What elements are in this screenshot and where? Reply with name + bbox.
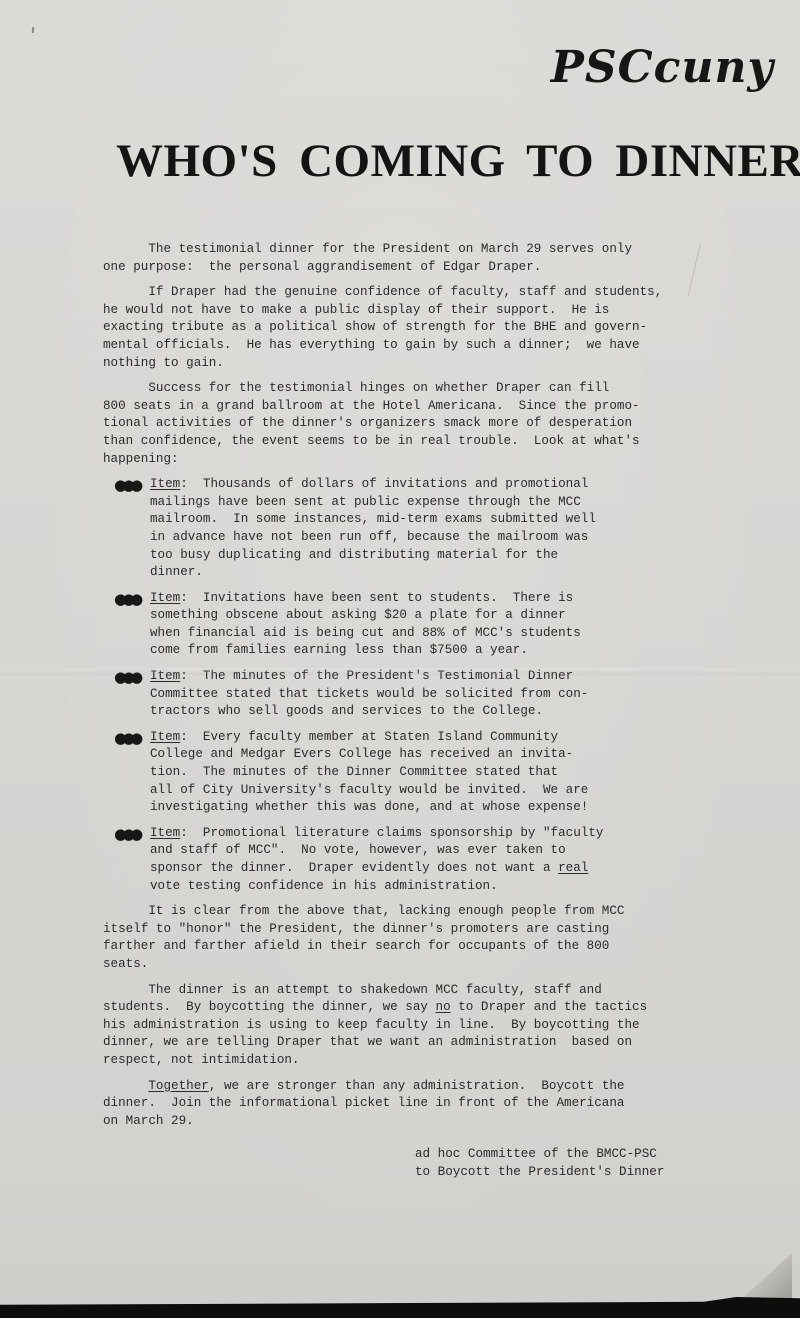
underlined-text: Item (150, 826, 180, 840)
bulleted-item: ●●●Item: Promotional literature claims s… (150, 825, 800, 895)
document-line: than confidence, the event seems to be i… (103, 433, 800, 451)
document-body: The testimonial dinner for the President… (103, 241, 800, 1130)
document-line: Item: Thousands of dollars of invitation… (150, 476, 800, 494)
underlined-text: Item (150, 477, 180, 491)
document-line: seats. (103, 956, 800, 974)
document-line: tional activities of the dinner's organi… (103, 415, 800, 433)
signature-line: ad hoc Committee of the BMCC-PSC (415, 1146, 800, 1164)
paragraph: Together, we are stronger than any admin… (103, 1078, 800, 1131)
flyer-page: PSCcuny WHO'S COMING TO DINNER? The test… (0, 0, 800, 1318)
document-line: Item: Every faculty member at Staten Isl… (150, 729, 800, 747)
underlined-text: Item (150, 591, 180, 605)
document-line: when financial aid is being cut and 88% … (150, 625, 800, 643)
document-line: The testimonial dinner for the President… (103, 241, 800, 259)
document-line: dinner. (150, 564, 800, 582)
scan-edge-shadow (0, 1288, 800, 1318)
document-line: tion. The minutes of the Dinner Committe… (150, 764, 800, 782)
underlined-text: real (558, 861, 588, 875)
paragraph: The dinner is an attempt to shakedown MC… (103, 982, 800, 1070)
document-line: vote testing confidence in his administr… (150, 878, 800, 896)
document-line: Item: Invitations have been sent to stud… (150, 590, 800, 608)
document-line: all of City University's faculty would b… (150, 782, 800, 800)
document-line: itself to "honor" the President, the din… (103, 921, 800, 939)
document-line: on March 29. (103, 1113, 800, 1131)
document-line: nothing to gain. (103, 355, 800, 373)
document-line: Success for the testimonial hinges on wh… (103, 380, 800, 398)
triple-dot-bullet-icon: ●●● (114, 826, 138, 844)
document-line: something obscene about asking $20 a pla… (150, 607, 800, 625)
document-line: College and Medgar Evers College has rec… (150, 746, 800, 764)
paragraph: Success for the testimonial hinges on wh… (103, 380, 800, 468)
underlined-text: Item (150, 730, 180, 744)
document-line: come from families earning less than $75… (150, 642, 800, 660)
document-line: The dinner is an attempt to shakedown MC… (103, 982, 800, 1000)
triple-dot-bullet-icon: ●●● (114, 730, 138, 748)
document-line: Item: Promotional literature claims spon… (150, 825, 800, 843)
document-line: farther and farther afield in their sear… (103, 938, 800, 956)
underlined-text: Together (148, 1079, 208, 1093)
paper-fold-line (0, 668, 800, 675)
signature-line: to Boycott the President's Dinner (415, 1164, 800, 1182)
underlined-text: no (436, 1000, 451, 1014)
document-line: happening: (103, 451, 800, 469)
document-line: his administration is using to keep facu… (103, 1017, 800, 1035)
signature-block: ad hoc Committee of the BMCC-PSCto Boyco… (415, 1146, 800, 1182)
document-line: respect, not intimidation. (103, 1052, 800, 1070)
document-line: and staff of MCC". No vote, however, was… (150, 842, 800, 860)
document-line: mailroom. In some instances, mid-term ex… (150, 511, 800, 529)
document-line: If Draper had the genuine confidence of … (103, 284, 800, 302)
document-line: Together, we are stronger than any admin… (103, 1078, 800, 1096)
document-line: in advance have not been run off, becaus… (150, 529, 800, 547)
triple-dot-bullet-icon: ●●● (114, 591, 138, 609)
headline: WHO'S COMING TO DINNER? (116, 138, 800, 185)
bulleted-item: ●●●Item: The minutes of the President's … (150, 668, 800, 721)
document-line: It is clear from the above that, lacking… (103, 903, 800, 921)
document-line: Committee stated that tickets would be s… (150, 686, 800, 704)
document-line: he would not have to make a public displ… (103, 302, 800, 320)
document-line: dinner. Join the informational picket li… (103, 1095, 800, 1113)
document-line: exacting tribute as a political show of … (103, 319, 800, 337)
document-line: sponsor the dinner. Draper evidently doe… (150, 860, 800, 878)
document-line: mailings have been sent at public expens… (150, 494, 800, 512)
paragraph: If Draper had the genuine confidence of … (103, 284, 800, 372)
document-line: mental officials. He has everything to g… (103, 337, 800, 355)
paragraph: It is clear from the above that, lacking… (103, 903, 800, 973)
psc-cuny-logo: PSCcuny (0, 0, 800, 90)
document-line: students. By boycotting the dinner, we s… (103, 999, 800, 1017)
bulleted-item: ●●●Item: Every faculty member at Staten … (150, 729, 800, 817)
document-line: investigating whether this was done, and… (150, 799, 800, 817)
document-line: 800 seats in a grand ballroom at the Hot… (103, 398, 800, 416)
document-line: tractors who sell goods and services to … (150, 703, 800, 721)
triple-dot-bullet-icon: ●●● (114, 477, 138, 495)
bulleted-item: ●●●Item: Invitations have been sent to s… (150, 590, 800, 660)
bulleted-item: ●●●Item: Thousands of dollars of invitat… (150, 476, 800, 582)
document-line: too busy duplicating and distributing ma… (150, 547, 800, 565)
document-line: dinner, we are telling Draper that we wa… (103, 1034, 800, 1052)
